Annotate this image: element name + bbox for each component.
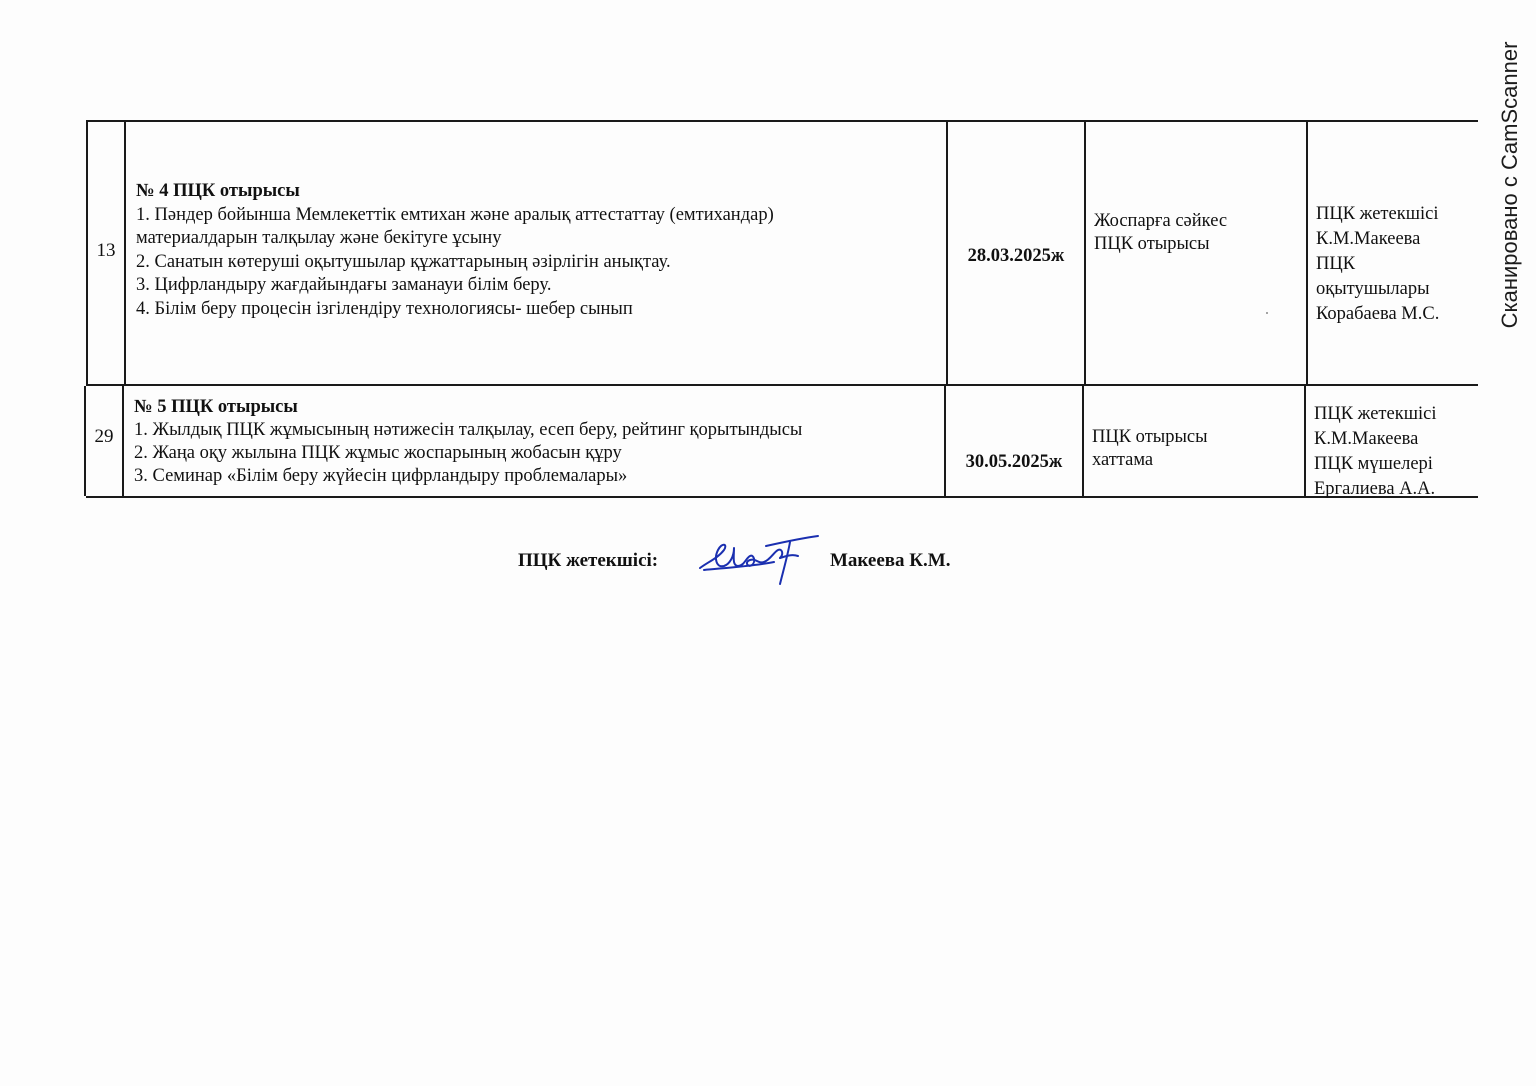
row-number: 13	[88, 240, 124, 262]
date-cell: 30.05.2025ж	[944, 386, 1082, 496]
responsible-line: Ергалиева А.А.	[1314, 477, 1476, 502]
watermark-text: Сканировано с CamScanner	[1497, 42, 1523, 329]
agenda-item: 1. Жылдық ПЦК жұмысының нәтижесін талқыл…	[134, 419, 936, 442]
agenda-item: 4. Білім беру процесін ізгілендіру техно…	[136, 298, 938, 322]
responsible-line: ПЦК жетекшісі	[1314, 402, 1476, 427]
responsible-cell: ПЦК жетекшісі К.М.Макеева ПЦК мүшелері Е…	[1304, 386, 1478, 496]
topic-cell: № 4 ПЦК отырысы 1. Пәндер бойынша Мемлек…	[124, 122, 946, 384]
form-line: ПЦК отырысы	[1092, 426, 1298, 449]
form-line: хаттама	[1092, 449, 1298, 472]
agenda-item: 2. Санатын көтеруші оқытушылар құжаттары…	[136, 251, 938, 275]
agenda-item: материалдарын талқылау және бекітуге ұсы…	[136, 227, 938, 251]
signature-label: ПЦК жетекшісі:	[518, 550, 658, 572]
responsible-line: ПЦК жетекшісі	[1316, 202, 1476, 227]
table-row: 29 № 5 ПЦК отырысы 1. Жылдық ПЦК жұмысын…	[86, 384, 1478, 498]
agenda-item: 3. Семинар «Білім беру жүйесін цифрланды…	[134, 465, 936, 488]
plan-table: 13 № 4 ПЦК отырысы 1. Пәндер бойынша Мем…	[86, 120, 1478, 498]
meeting-title: № 5 ПЦК отырысы	[134, 396, 936, 419]
row-number-cell: 13	[86, 122, 124, 384]
table-row: 13 № 4 ПЦК отырысы 1. Пәндер бойынша Мем…	[86, 120, 1478, 384]
responsible-line: ПЦК	[1316, 252, 1476, 277]
meeting-date: 30.05.2025ж	[946, 452, 1082, 473]
responsible-line: оқытушылары	[1316, 277, 1476, 302]
signer-name: Макеева К.М.	[830, 550, 951, 572]
signature-block: ПЦК жетекшісі: Макеева К.М.	[518, 544, 998, 588]
form-cell: Жоспарға сәйкес ПЦК отырысы	[1084, 122, 1306, 384]
responsible-persons: ПЦК жетекшісі К.М.Макеева ПЦК оқытушылар…	[1316, 202, 1476, 327]
agenda-item: 1. Пәндер бойынша Мемлекеттік емтихан жә…	[136, 204, 938, 228]
responsible-line: Корабаева М.С.	[1316, 302, 1476, 327]
handwritten-signature-icon	[694, 532, 824, 588]
form-cell: ПЦК отырысы хаттама	[1082, 386, 1304, 496]
topic-block: № 4 ПЦК отырысы 1. Пәндер бойынша Мемлек…	[136, 180, 938, 321]
responsible-persons: ПЦК жетекшісі К.М.Макеева ПЦК мүшелері Е…	[1314, 402, 1476, 502]
completion-form: ПЦК отырысы хаттама	[1092, 426, 1298, 472]
scanned-page: 13 № 4 ПЦК отырысы 1. Пәндер бойынша Мем…	[0, 0, 1536, 1086]
topic-block: № 5 ПЦК отырысы 1. Жылдық ПЦК жұмысының …	[134, 396, 936, 488]
responsible-line: К.М.Макеева	[1314, 427, 1476, 452]
responsible-line: К.М.Макеева	[1316, 227, 1476, 252]
form-line: ПЦК отырысы	[1094, 233, 1300, 256]
meeting-date: 28.03.2025ж	[948, 246, 1084, 267]
responsible-cell: ПЦК жетекшісі К.М.Макеева ПЦК оқытушылар…	[1306, 122, 1478, 384]
date-cell: 28.03.2025ж	[946, 122, 1084, 384]
form-line: Жоспарға сәйкес	[1094, 210, 1300, 233]
camscanner-watermark: Сканировано с CamScanner	[1490, 30, 1530, 340]
row-number-cell: 29	[84, 386, 122, 496]
row-number: 29	[86, 426, 122, 448]
meeting-title: № 4 ПЦК отырысы	[136, 180, 938, 204]
scan-speck	[1266, 312, 1268, 314]
completion-form: Жоспарға сәйкес ПЦК отырысы	[1094, 210, 1300, 256]
responsible-line: ПЦК мүшелері	[1314, 452, 1476, 477]
agenda-item: 3. Цифрландыру жағдайындағы заманауи біл…	[136, 274, 938, 298]
topic-cell: № 5 ПЦК отырысы 1. Жылдық ПЦК жұмысының …	[122, 386, 944, 496]
agenda-item: 2. Жаңа оқу жылына ПЦК жұмыс жоспарының …	[134, 442, 936, 465]
